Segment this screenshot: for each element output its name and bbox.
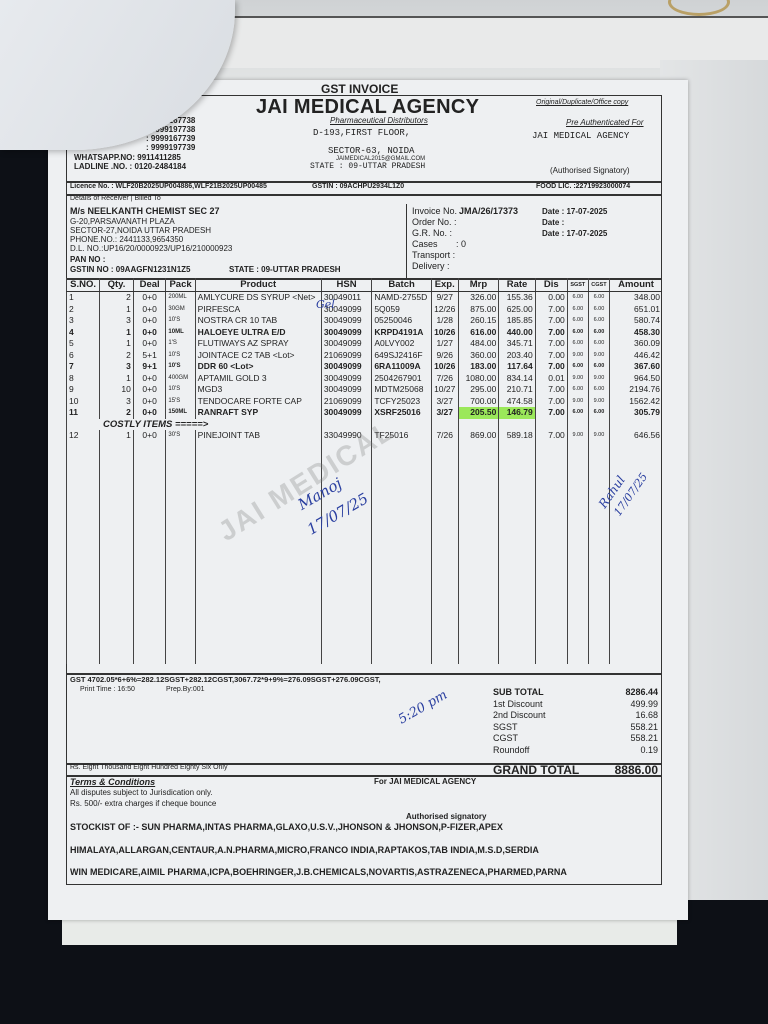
authorised-signatory-top: (Authorised Signatory): [550, 166, 630, 175]
cell-exp: 10/27: [431, 384, 458, 396]
empty-cell: [458, 419, 499, 431]
empty-cell: [567, 419, 588, 431]
prepared-by: Prep.By:001: [166, 686, 205, 693]
food-licence: FOOD LIC. :22719923000074: [536, 183, 630, 190]
total-value: 8286.44: [596, 687, 658, 697]
cell-pack: 200ML: [166, 292, 195, 304]
order-date: Date :: [542, 218, 564, 227]
seller-tagline: Pharmaceutical Distributors: [330, 116, 428, 125]
total-value: 558.21: [596, 722, 658, 732]
seller-address-1: D-193,FIRST FLOOR,: [313, 128, 410, 138]
cell-pack: 1'S: [166, 338, 195, 350]
column-header-qty: Qty.: [100, 278, 134, 292]
cell-product: HALOEYE ULTRA E/D: [195, 327, 321, 339]
cell-dis: 7.00: [535, 315, 567, 327]
cell-deal: 0+0: [133, 396, 166, 408]
column-header-exp: Exp.: [431, 278, 458, 292]
cell-sgst: 9.00: [567, 430, 588, 442]
total-label: 2nd Discount: [493, 710, 546, 720]
pre-auth-label: Pre Authenticated For: [566, 118, 644, 127]
cell-sgst: 6.00: [567, 338, 588, 350]
total-value: 499.99: [596, 699, 658, 709]
cell-exp: 1/28: [431, 315, 458, 327]
filler-row: [67, 442, 663, 664]
cell-qty: 3: [100, 396, 134, 408]
empty-cell: [67, 442, 100, 664]
receiver-pan: PAN NO :: [70, 255, 105, 264]
cell-hsn: 30049099: [321, 327, 372, 339]
table-row: 510+01'SFLUTIWAYS AZ SPRAY30049099A0LVY0…: [67, 338, 663, 350]
receiver-address-2: SECTOR-27,NOIDA UTTAR PRADESH: [70, 226, 211, 235]
cell-product: FLUTIWAYS AZ SPRAY: [195, 338, 321, 350]
empty-cell: [458, 442, 499, 664]
cell-qty: 3: [100, 315, 134, 327]
cell-sno: 8: [67, 373, 100, 385]
cell-rate: 185.85: [499, 315, 535, 327]
cell-batch: MDTM25068: [372, 384, 432, 396]
cell-deal: 0+0: [133, 292, 166, 304]
pre-auth-name: JAI MEDICAL AGENCY: [532, 131, 629, 141]
cell-cgst: 9.00: [588, 350, 609, 362]
cell-sgst: 9.00: [567, 373, 588, 385]
cell-sno: 5: [67, 338, 100, 350]
empty-cell: [372, 442, 432, 664]
cell-cgst: 6.00: [588, 304, 609, 316]
cell-pack: 10'S: [166, 361, 195, 373]
cell-sno: 9: [67, 384, 100, 396]
cases-value: : 0: [456, 239, 466, 249]
cell-batch: 2504267901: [372, 373, 432, 385]
cell-amount: 646.56: [610, 430, 662, 442]
cell-hsn: 30049099: [321, 361, 372, 373]
cell-product: PINEJOINT TAB: [195, 430, 321, 442]
cell-sgst: 6.00: [567, 407, 588, 419]
cell-exp: 3/27: [431, 407, 458, 419]
cell-amount: 348.00: [610, 292, 662, 304]
stockist-line-1: STOCKIST OF :- SUN PHARMA,INTAS PHARMA,G…: [70, 822, 503, 832]
cell-pack: 10'S: [166, 315, 195, 327]
column-header-batch: Batch: [372, 278, 432, 292]
cell-hsn: 21069099: [321, 396, 372, 408]
table-row: 410+010MLHALOEYE ULTRA E/D30049099KRPD41…: [67, 327, 663, 339]
cell-rate: 440.00: [499, 327, 535, 339]
order-no-label: Order No. :: [412, 217, 457, 227]
cell-dis: 7.00: [535, 430, 567, 442]
seller-address-2: SECTOR-63, NOIDA: [328, 146, 414, 156]
cell-qty: 2: [100, 350, 134, 362]
cell-deal: 0+0: [133, 327, 166, 339]
cell-amount: 360.09: [610, 338, 662, 350]
cell-sno: 6: [67, 350, 100, 362]
costly-items-label: COSTLY ITEMS =====>: [67, 419, 322, 431]
cell-sno: 2: [67, 304, 100, 316]
invoice-page: GST INVOICE JAI MEDICAL AGENCY Original/…: [48, 80, 688, 920]
phone-4: : 9999197739: [146, 143, 195, 152]
cell-exp: 10/26: [431, 361, 458, 373]
column-header-rate: Rate: [499, 278, 535, 292]
cell-mrp: 260.15: [458, 315, 499, 327]
cell-batch: KRPD4191A: [372, 327, 432, 339]
column-header-amount: Amount: [610, 278, 662, 292]
gr-date: Date : 17-07-2025: [542, 229, 607, 238]
gr-no-label: G.R. No. :: [412, 228, 452, 238]
receiver-gstin: GSTIN NO : 09AAGFN1231N1Z5: [70, 265, 190, 274]
cell-batch: A0LVY002: [372, 338, 432, 350]
cell-sno: 1: [67, 292, 100, 304]
for-agency-label: For JAI MEDICAL AGENCY: [374, 777, 476, 786]
cell-pack: 10'S: [166, 384, 195, 396]
cell-sno: 7: [67, 361, 100, 373]
total-value: 16.68: [596, 710, 658, 720]
handwritten-pirfesca-note: Gel: [316, 298, 335, 311]
landline-number: LADLINE .NO. : 0120-2484184: [74, 162, 186, 171]
cell-sgst: 6.00: [567, 327, 588, 339]
cell-deal: 5+1: [133, 350, 166, 362]
cell-amount: 305.79: [610, 407, 662, 419]
cell-deal: 0+0: [133, 338, 166, 350]
items-body: 120+0200MLAMLYCURE DS SYRUP <Net>3004901…: [67, 292, 663, 664]
items-header-row: S.NO.Qty.DealPackProductHSNBatchExp.MrpR…: [67, 278, 663, 292]
cell-mrp: 869.00: [458, 430, 499, 442]
invoice-no-label: Invoice No.: [412, 206, 457, 216]
stockist-line-3: WIN MEDICARE,AIMIL PHARMA,ICPA,BOEHRINGE…: [70, 867, 567, 877]
cell-rate: 146.79: [499, 407, 535, 419]
receiver-name: M/s NEELKANTH CHEMIST SEC 27: [70, 206, 220, 216]
cell-exp: 10/26: [431, 327, 458, 339]
terms-line-2: Rs. 500/- extra charges if cheque bounce: [70, 799, 216, 808]
cell-cgst: 6.00: [588, 327, 609, 339]
cell-deal: 0+0: [133, 407, 166, 419]
invoice-no: JMA/26/17373: [459, 206, 518, 216]
items-table: S.NO.Qty.DealPackProductHSNBatchExp.MrpR…: [66, 278, 662, 664]
cell-qty: 1: [100, 327, 134, 339]
empty-cell: [535, 442, 567, 664]
total-label: SUB TOTAL: [493, 687, 544, 697]
cell-product: AMLYCURE DS SYRUP <Net>: [195, 292, 321, 304]
table-row: 625+110'SJOINTACE C2 TAB <Lot>2106909964…: [67, 350, 663, 362]
cell-amount: 458.30: [610, 327, 662, 339]
table-row: 210+030GMPIRFESCA300490995Q05912/26875.0…: [67, 304, 663, 316]
cell-sgst: 6.00: [567, 304, 588, 316]
total-label: Roundoff: [493, 745, 529, 755]
cell-sgst: 6.00: [567, 361, 588, 373]
cell-mrp: 700.00: [458, 396, 499, 408]
cell-qty: 1: [100, 304, 134, 316]
cell-sgst: 9.00: [567, 350, 588, 362]
cell-sno: 11: [67, 407, 100, 419]
cell-product: JOINTACE C2 TAB <Lot>: [195, 350, 321, 362]
cell-exp: 7/26: [431, 373, 458, 385]
print-time: Print Time : 16:50: [80, 686, 135, 693]
cell-exp: 7/26: [431, 430, 458, 442]
transport-label: Transport :: [412, 250, 455, 260]
cell-qty: 1: [100, 338, 134, 350]
cell-pack: 30'S: [166, 430, 195, 442]
cell-sno: 4: [67, 327, 100, 339]
cell-cgst: 9.00: [588, 396, 609, 408]
cell-pack: 150ML: [166, 407, 195, 419]
cell-sgst: 6.00: [567, 292, 588, 304]
cell-dis: 0.00: [535, 292, 567, 304]
empty-cell: [499, 419, 535, 431]
table-row: 330+010'SNOSTRA CR 10 TAB300490990525004…: [67, 315, 663, 327]
empty-cell: [588, 419, 609, 431]
cell-deal: 0+0: [133, 373, 166, 385]
cell-mrp: 295.00: [458, 384, 499, 396]
table-row: 739+110'SDDR 60 <Lot>300490996RA11009A10…: [67, 361, 663, 373]
cell-mrp: 183.00: [458, 361, 499, 373]
cell-batch: TCFY25023: [372, 396, 432, 408]
receiver-divider: [406, 204, 407, 278]
cell-sgst: 9.00: [567, 396, 588, 408]
cell-hsn: 30049099: [321, 384, 372, 396]
empty-cell: [133, 442, 166, 664]
column-header-sgst: SGST: [567, 278, 588, 292]
empty-cell: [499, 442, 535, 664]
cell-mrp: 360.00: [458, 350, 499, 362]
cell-dis: 7.00: [535, 338, 567, 350]
totals-box: [66, 673, 662, 765]
cell-rate: 834.14: [499, 373, 535, 385]
cell-hsn: 30049099: [321, 373, 372, 385]
cell-deal: 0+0: [133, 315, 166, 327]
cell-batch: 6RA11009A: [372, 361, 432, 373]
cell-batch: NAMD-2755D: [372, 292, 432, 304]
licence-numbers: Licence No. : WLF20B2025UP004886,WLF21B2…: [70, 183, 267, 190]
cell-product: NOSTRA CR 10 TAB: [195, 315, 321, 327]
cell-pack: 15'S: [166, 396, 195, 408]
cell-product: APTAMIL GOLD 3: [195, 373, 321, 385]
cell-amount: 446.42: [610, 350, 662, 362]
terms-title: Terms & Conditions: [70, 777, 155, 787]
cell-rate: 210.71: [499, 384, 535, 396]
cell-sgst: 6.00: [567, 384, 588, 396]
cell-product: DDR 60 <Lot>: [195, 361, 321, 373]
cell-hsn: 21069099: [321, 350, 372, 362]
cell-qty: 2: [100, 407, 134, 419]
cell-product: TENDOCARE FORTE CAP: [195, 396, 321, 408]
column-header-product: Product: [195, 278, 321, 292]
column-header-deal: Deal: [133, 278, 166, 292]
cell-cgst: 6.00: [588, 384, 609, 396]
cell-rate: 589.18: [499, 430, 535, 442]
cell-dis: 7.00: [535, 350, 567, 362]
receiver-phone: PHONE.NO.: 2441133,9654350: [70, 235, 183, 244]
table-row: 1030+015'STENDOCARE FORTE CAP21069099TCF…: [67, 396, 663, 408]
empty-cell: [567, 442, 588, 664]
cell-hsn: 30049099: [321, 315, 372, 327]
amount-in-words: Rs. Eight Thousand Eight Hundred Eighty …: [70, 764, 227, 771]
column-header-hsn: HSN: [321, 278, 372, 292]
empty-cell: [610, 419, 662, 431]
cell-batch: 5Q059: [372, 304, 432, 316]
invoice-date: Date : 17-07-2025: [542, 207, 607, 216]
total-value: 0.19: [596, 745, 658, 755]
empty-cell: [100, 442, 134, 664]
cell-amount: 1562.42: [610, 396, 662, 408]
cell-cgst: 9.00: [588, 430, 609, 442]
cell-deal: 9+1: [133, 361, 166, 373]
cell-dis: 7.00: [535, 304, 567, 316]
authorised-signatory-label: Authorised signatory: [406, 812, 486, 821]
empty-cell: [431, 442, 458, 664]
cell-dis: 7.00: [535, 327, 567, 339]
cell-exp: 12/26: [431, 304, 458, 316]
column-header-pack: Pack: [166, 278, 195, 292]
receiver-address-1: G-20,PARSAVANATH PLAZA: [70, 217, 175, 226]
cell-hsn: 30049099: [321, 407, 372, 419]
cell-pack: 400GM: [166, 373, 195, 385]
column-header-mrp: Mrp: [458, 278, 499, 292]
cell-rate: 203.40: [499, 350, 535, 362]
table-row: 1120+0150MLRANRAFT SYP30049099XSRF250163…: [67, 407, 663, 419]
cell-cgst: 6.00: [588, 407, 609, 419]
cell-amount: 964.50: [610, 373, 662, 385]
cell-mrp: 616.00: [458, 327, 499, 339]
receiver-dl: D.L. NO.:UP16/20/0000923/UP16/210000923: [70, 244, 232, 253]
cell-rate: 117.64: [499, 361, 535, 373]
column-header-dis: Dis: [535, 278, 567, 292]
cell-dis: 7.00: [535, 361, 567, 373]
cell-amount: 580.74: [610, 315, 662, 327]
cell-cgst: 6.00: [588, 315, 609, 327]
seller-gstin: GSTIN : 09ACHPU2934L1Z0: [312, 183, 404, 190]
cases-label: Cases: [412, 239, 438, 249]
cell-dis: 7.00: [535, 407, 567, 419]
receiver-state: STATE : 09-UTTAR PRADESH: [229, 265, 341, 274]
receiver-label: Details of Receiver | Billed To: [70, 195, 161, 202]
cell-exp: 3/27: [431, 396, 458, 408]
cell-product: RANRAFT SYP: [195, 407, 321, 419]
cell-mrp: 875.00: [458, 304, 499, 316]
total-label: 1st Discount: [493, 699, 543, 709]
cell-dis: 7.00: [535, 396, 567, 408]
cell-cgst: 6.00: [588, 338, 609, 350]
cell-rate: 345.71: [499, 338, 535, 350]
cell-cgst: 6.00: [588, 292, 609, 304]
table-row: 9100+010'SMGD330049099MDTM2506810/27295.…: [67, 384, 663, 396]
cell-sno: 12: [67, 430, 100, 442]
cell-qty: 10: [100, 384, 134, 396]
stockist-line-2: HIMALAYA,ALLARGAN,CENTAUR,A.N.PHARMA,MIC…: [70, 845, 539, 855]
cell-qty: 3: [100, 361, 134, 373]
cell-rate: 155.36: [499, 292, 535, 304]
empty-cell: [588, 442, 609, 664]
cell-sno: 3: [67, 315, 100, 327]
cell-batch: 649SJ2416F: [372, 350, 432, 362]
column-header-sno: S.NO.: [67, 278, 100, 292]
empty-cell: [166, 442, 195, 664]
cell-mrp: 484.00: [458, 338, 499, 350]
table-row: 120+0200MLAMLYCURE DS SYRUP <Net>3004901…: [67, 292, 663, 304]
empty-cell: [535, 419, 567, 431]
cell-deal: 0+0: [133, 430, 166, 442]
cell-hsn: 30049099: [321, 338, 372, 350]
cell-qty: 1: [100, 373, 134, 385]
whatsapp-number: WHATSAPP.NO: 9911411285: [74, 153, 181, 162]
cell-rate: 474.58: [499, 396, 535, 408]
total-label: CGST: [493, 733, 518, 743]
cell-mrp: 1080.00: [458, 373, 499, 385]
cell-exp: 9/26: [431, 350, 458, 362]
cell-dis: 7.00: [535, 384, 567, 396]
cell-amount: 367.60: [610, 361, 662, 373]
phone-3: : 9999167739: [146, 134, 195, 143]
cell-pack: 10'S: [166, 350, 195, 362]
seller-state: STATE : 09-UTTAR PRADESH: [310, 162, 425, 171]
cell-exp: 9/27: [431, 292, 458, 304]
copy-label: Original/Duplicate/Office copy: [536, 99, 628, 106]
gst-summary: GST 4702.05*6+6%=282.12SGST+282.12CGST,3…: [70, 675, 381, 684]
cell-product: PIRFESCA: [195, 304, 321, 316]
invoice-title: GST INVOICE: [321, 82, 398, 96]
cell-exp: 1/27: [431, 338, 458, 350]
cell-mrp: 205.50: [458, 407, 499, 419]
cell-qty: 1: [100, 430, 134, 442]
cell-batch: 05250046: [372, 315, 432, 327]
cell-sgst: 6.00: [567, 315, 588, 327]
cell-deal: 0+0: [133, 304, 166, 316]
cell-qty: 2: [100, 292, 134, 304]
terms-line-1: All disputes subject to Jurisdication on…: [70, 788, 213, 797]
cell-sno: 10: [67, 396, 100, 408]
cell-deal: 0+0: [133, 384, 166, 396]
total-value: 558.21: [596, 733, 658, 743]
cell-product: MGD3: [195, 384, 321, 396]
cell-cgst: 6.00: [588, 361, 609, 373]
cell-pack: 30GM: [166, 304, 195, 316]
cell-cgst: 9.00: [588, 373, 609, 385]
cell-dis: 0.01: [535, 373, 567, 385]
empty-cell: [431, 419, 458, 431]
cell-amount: 651.01: [610, 304, 662, 316]
column-header-cgst: CGST: [588, 278, 609, 292]
delivery-label: Delivery :: [412, 261, 450, 271]
cell-rate: 625.00: [499, 304, 535, 316]
total-label: SGST: [493, 722, 518, 732]
cell-mrp: 326.00: [458, 292, 499, 304]
table-row: 810+0400GMAPTAMIL GOLD 33004909925042679…: [67, 373, 663, 385]
cell-amount: 2194.76: [610, 384, 662, 396]
cell-pack: 10ML: [166, 327, 195, 339]
